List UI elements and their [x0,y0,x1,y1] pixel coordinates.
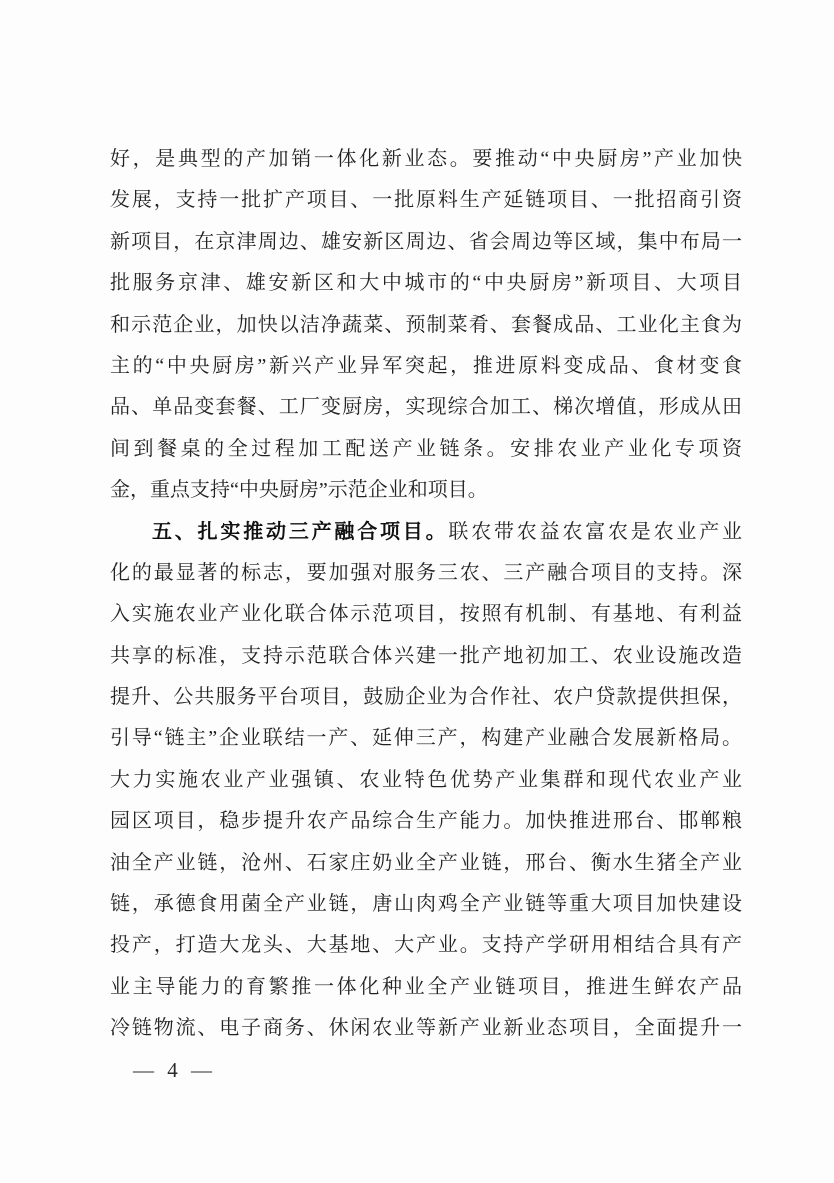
section-heading: 五、扎实推动三产融合项目。 [152,521,448,543]
text-line-content: 新项目，在京津周边、雄安新区周边、省会周边等区域，集中布局一 [110,231,742,253]
text-line: 主的“中央厨房”新兴产业异军突起，推进原料变成品、食材变食 [110,346,742,387]
text-line-content: 品、单品变套餐、工厂变厨房，实现综合加工、梯次增值，形成从田 [110,396,742,418]
text-line-content: 金，重点支持“中央厨房”示范企业和项目。 [110,479,488,501]
text-line-content: 共享的标准，支持示范联合体兴建一批产地初加工、农业设施改造 [110,645,742,667]
text-line: 冷链物流、电子商务、休闲农业等新产业新业态项目，全面提升一 [110,1008,742,1049]
text-line: 金，重点支持“中央厨房”示范企业和项目。 [110,470,742,511]
page-number: — 4 — [133,1058,216,1083]
text-line: 共享的标准，支持示范联合体兴建一批产地初加工、农业设施改造 [110,636,742,677]
text-line: 引导“链主”企业联结一产、延伸三产，构建产业融合发展新格局。 [110,718,742,759]
text-line-content: 大力实施农业产业强镇、农业特色优势产业集群和现代农业产业 [110,769,742,791]
text-line: 和示范企业，加快以洁净蔬菜、预制菜肴、套餐成品、工业化主食为 [110,305,742,346]
text-line: 新项目，在京津周边、雄安新区周边、省会周边等区域，集中布局一 [110,222,742,263]
text-line-content: 链，承德食用菌全产业链，唐山肉鸡全产业链等重大项目加快建设 [110,893,742,915]
document-body: 好，是典型的产加销一体化新业态。要推动“中央厨房”产业加快发展，支持一批扩产项目… [110,139,742,1050]
text-line: 品、单品变套餐、工厂变厨房，实现综合加工、梯次增值，形成从田 [110,387,742,428]
text-line-content: 和示范企业，加快以洁净蔬菜、预制菜肴、套餐成品、工业化主食为 [110,314,742,336]
text-line: 发展，支持一批扩产项目、一批原料生产延链项目、一批招商引资 [110,180,742,221]
text-line: 批服务京津、雄安新区和大中城市的“中央厨房”新项目、大项目 [110,263,742,304]
text-line-content: 油全产业链，沧州、石家庄奶业全产业链，邢台、衡水生猪全产业 [110,852,742,874]
text-line-content: 投产，打造大龙头、大基地、大产业。支持产学研用相结合具有产 [110,934,742,956]
text-line-content: 发展，支持一批扩产项目、一批原料生产延链项目、一批招商引资 [110,189,742,211]
text-line: 入实施农业产业化联合体示范项目，按照有机制、有基地、有利益 [110,594,742,635]
text-line-content: 批服务京津、雄安新区和大中城市的“中央厨房”新项目、大项目 [110,272,742,294]
text-line: 提升、公共服务平台项目，鼓励企业为合作社、农户贷款提供担保， [110,677,742,718]
text-line: 化的最显著的标志，要加强对服务三农、三产融合项目的支持。深 [110,553,742,594]
text-line: 业主导能力的育繁推一体化种业全产业链项目，推进生鲜农产品 [110,967,742,1008]
text-line: 链，承德食用菌全产业链，唐山肉鸡全产业链等重大项目加快建设 [110,884,742,925]
text-line: 油全产业链，沧州、石家庄奶业全产业链，邢台、衡水生猪全产业 [110,843,742,884]
text-line: 间到餐桌的全过程加工配送产业链条。安排农业产业化专项资 [110,429,742,470]
text-line-content: 园区项目，稳步提升农产品综合生产能力。加快推进邢台、邯郸粮 [110,810,742,832]
text-line: 园区项目，稳步提升农产品综合生产能力。加快推进邢台、邯郸粮 [110,801,742,842]
text-line-content: 提升、公共服务平台项目，鼓励企业为合作社、农户贷款提供担保， [110,686,742,708]
text-line: 好，是典型的产加销一体化新业态。要推动“中央厨房”产业加快 [110,139,742,180]
text-line: 五、扎实推动三产融合项目。联农带农益农富农是农业产业 [110,512,742,553]
text-line-content: 好，是典型的产加销一体化新业态。要推动“中央厨房”产业加快 [110,148,742,170]
text-line: 投产，打造大龙头、大基地、大产业。支持产学研用相结合具有产 [110,925,742,966]
text-line-content: 化的最显著的标志，要加强对服务三农、三产融合项目的支持。深 [110,562,742,584]
text-line: 大力实施农业产业强镇、农业特色优势产业集群和现代农业产业 [110,760,742,801]
text-line-content: 主的“中央厨房”新兴产业异军突起，推进原料变成品、食材变食 [110,355,742,377]
text-line-content: 入实施农业产业化联合体示范项目，按照有机制、有基地、有利益 [110,603,742,625]
text-line-content: 间到餐桌的全过程加工配送产业链条。安排农业产业化专项资 [110,438,742,460]
text-line-content: 联农带农益农富农是农业产业 [448,521,742,543]
text-line-content: 引导“链主”企业联结一产、延伸三产，构建产业融合发展新格局。 [110,727,742,749]
text-line-content: 冷链物流、电子商务、休闲农业等新产业新业态项目，全面提升一 [110,1017,742,1039]
text-line-content: 业主导能力的育繁推一体化种业全产业链项目，推进生鲜农产品 [110,976,742,998]
document-page: 好，是典型的产加销一体化新业态。要推动“中央厨房”产业加快发展，支持一批扩产项目… [0,0,834,1183]
